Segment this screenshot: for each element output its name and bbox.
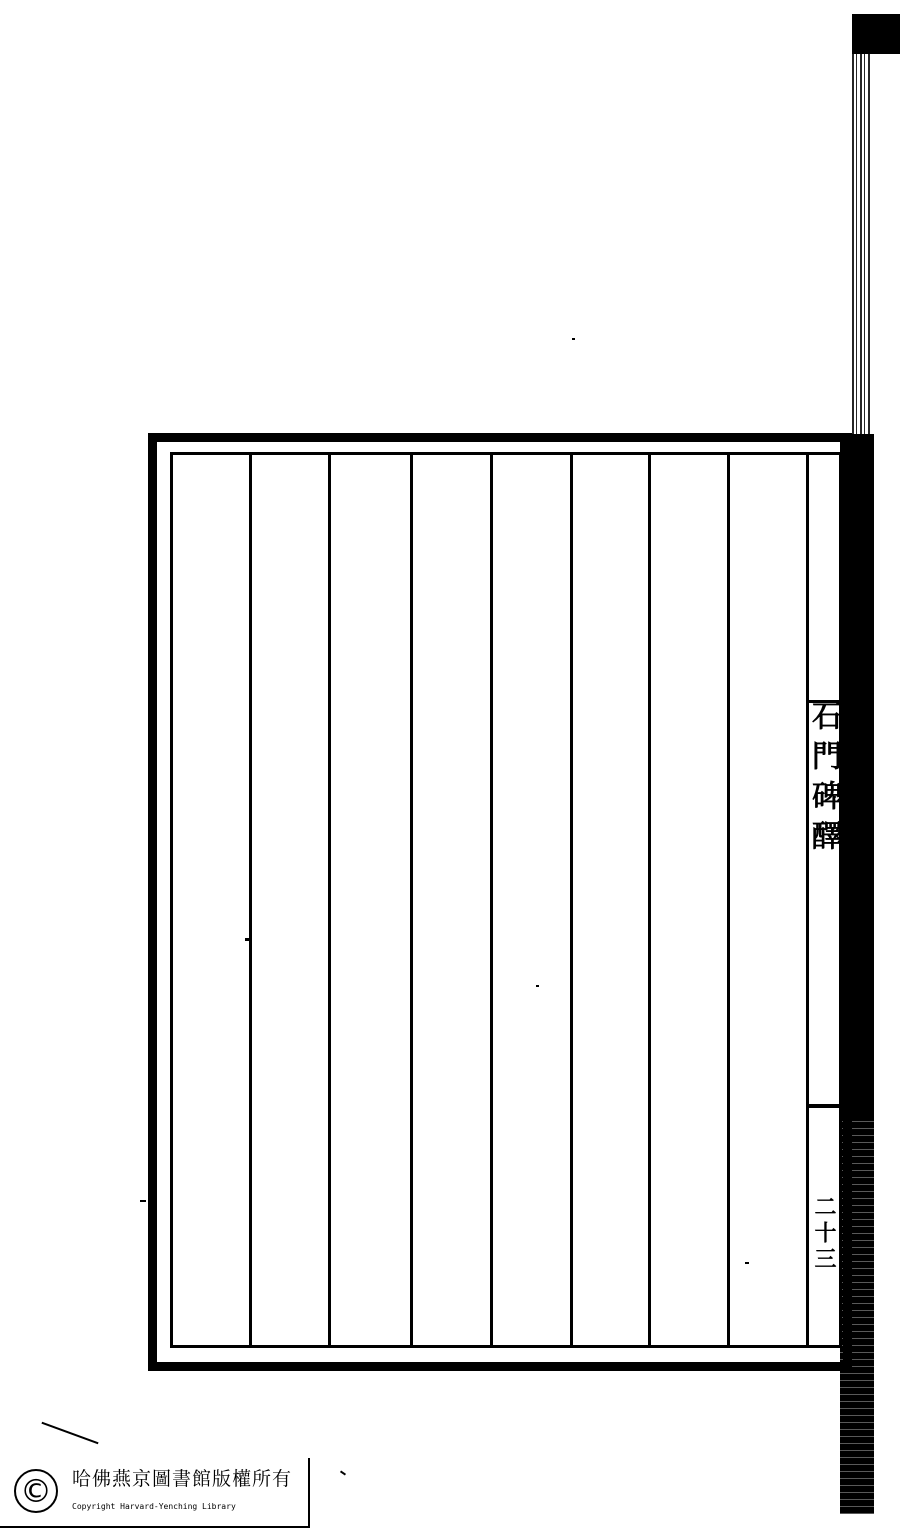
binding-edge-strip bbox=[852, 54, 870, 434]
speck bbox=[245, 938, 250, 941]
column-rule bbox=[570, 455, 573, 1345]
column-rule bbox=[249, 455, 252, 1345]
inner-border bbox=[170, 452, 842, 1348]
copyright-stamp: © 哈佛燕京圖書館版權所有 Copyright Harvard-Yenching… bbox=[0, 1458, 310, 1528]
column-rule bbox=[328, 455, 331, 1345]
column-rule bbox=[490, 455, 493, 1345]
copyright-chinese: 哈佛燕京圖書館版權所有 bbox=[72, 1464, 292, 1491]
folio-number: 二十三 bbox=[814, 1195, 840, 1273]
speck bbox=[745, 1262, 749, 1264]
speck bbox=[140, 1200, 146, 1202]
fishtail-mark-bottom bbox=[806, 1104, 840, 1108]
column-rule bbox=[727, 455, 730, 1345]
speck bbox=[340, 1470, 346, 1475]
speck bbox=[572, 338, 575, 340]
binding-edge-top bbox=[852, 14, 900, 54]
speck bbox=[536, 985, 539, 987]
column-rule bbox=[410, 455, 413, 1345]
copyright-icon: © bbox=[14, 1469, 58, 1513]
center-column-title: 石門碑醳 bbox=[818, 700, 848, 860]
column-rule bbox=[648, 455, 651, 1345]
copyright-english: Copyright Harvard-Yenching Library bbox=[72, 1502, 236, 1511]
stray-mark bbox=[41, 1422, 98, 1444]
